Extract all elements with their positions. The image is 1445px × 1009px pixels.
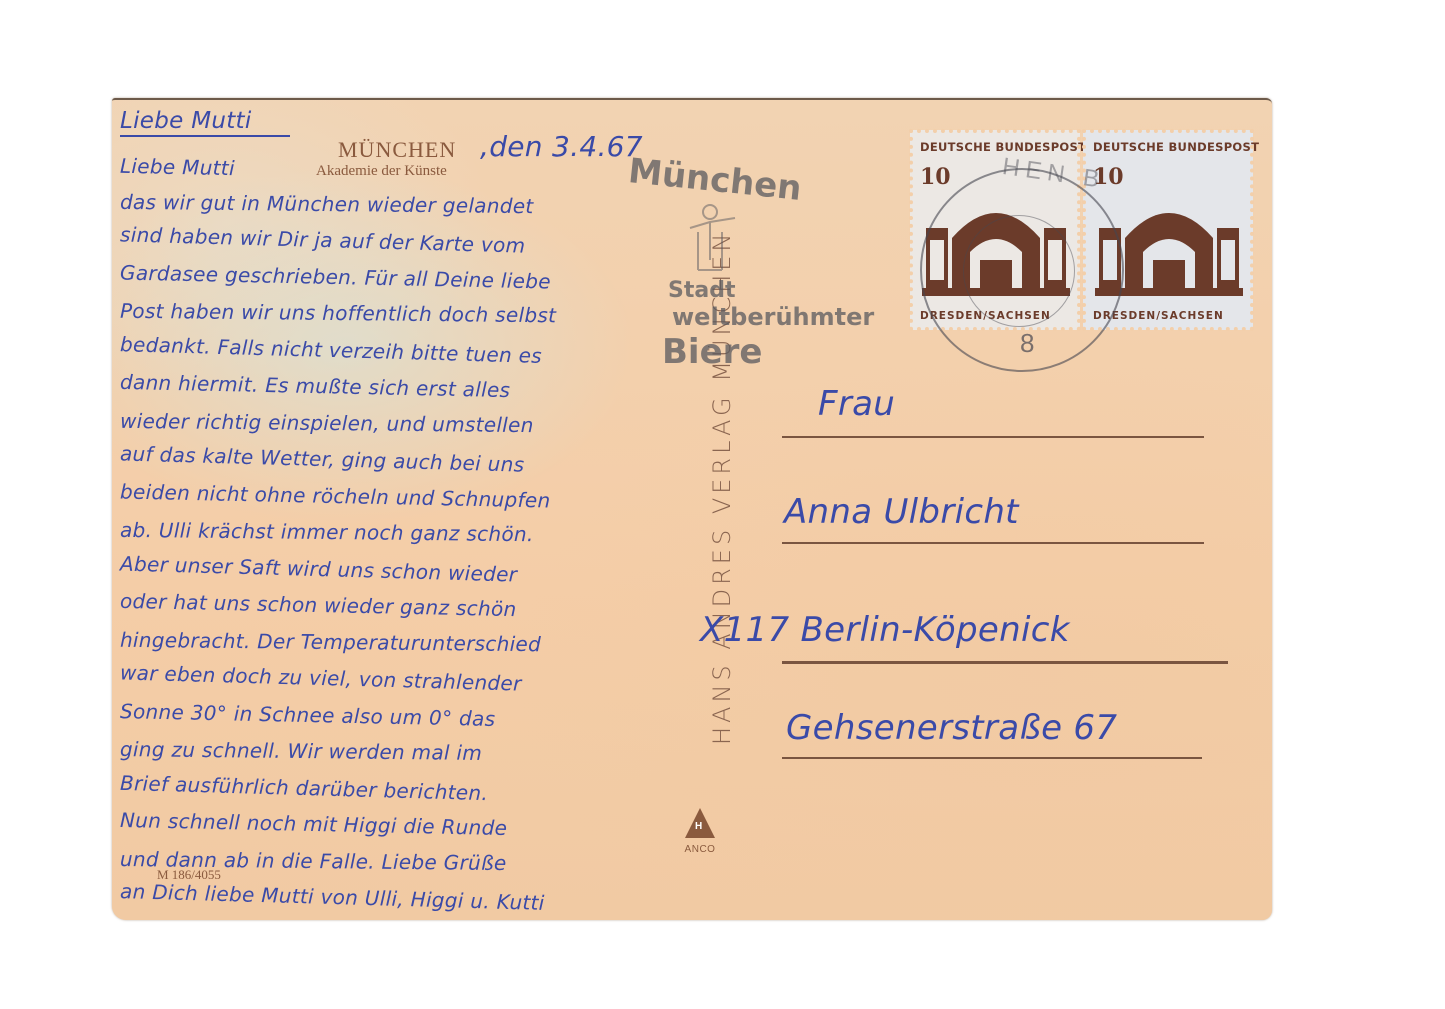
triangle-logo-icon: H	[685, 808, 715, 838]
address-rule	[782, 661, 1228, 664]
message-line: hingebracht. Der Temperaturunterschied	[120, 627, 541, 655]
message-heading: Liebe Mutti	[120, 108, 290, 137]
postmark-inner-circle	[963, 215, 1075, 327]
address-salutation: Frau	[818, 384, 895, 424]
message-line: das wir gut in München wieder gelandet	[120, 189, 534, 217]
anco-logo: H ANCO	[680, 808, 720, 855]
address-rule	[782, 436, 1204, 438]
message-line: und dann ab in die Falle. Liebe Grüße	[120, 846, 507, 874]
slogan-line: Biere	[662, 332, 762, 372]
slogan-line: weltberühmter	[672, 303, 874, 331]
printed-subtitle: Akademie der Künste	[316, 163, 447, 180]
address-rule	[782, 542, 1204, 544]
address-city: X117 Berlin-Köpenick	[700, 610, 1070, 650]
muenchner-kindl-icon	[680, 200, 750, 290]
message-line: ab. Ulli krächst immer noch ganz schön.	[120, 518, 534, 546]
printed-city-title: MÜNCHEN	[338, 137, 456, 163]
slogan-line: Stadt	[668, 278, 735, 303]
message-date: ,den 3.4.67	[480, 130, 643, 163]
address-rule	[782, 757, 1202, 759]
address-name: Anna Ulbricht	[784, 492, 1019, 532]
message-line: Post haben wir uns hoffentlich doch selb…	[120, 299, 556, 328]
address-street: Gehsenerstraße 67	[786, 708, 1117, 748]
logo-text: ANCO	[680, 844, 720, 855]
message-line: Liebe Mutti	[120, 154, 235, 180]
postmark-district: 8	[1020, 328, 1034, 359]
message-line: wieder richtig einspielen, und umstellen	[120, 408, 534, 436]
message-line: ging zu schnell. Wir werden mal im	[120, 737, 482, 765]
